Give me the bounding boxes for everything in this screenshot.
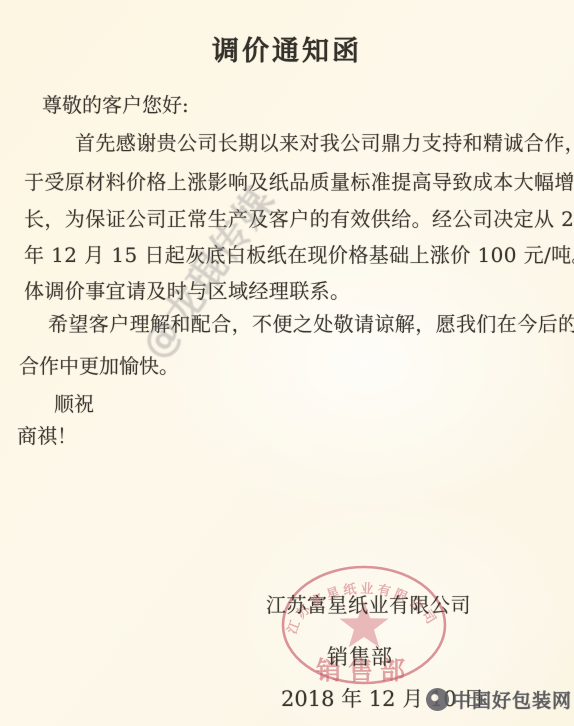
wish-prefix: 顺祝: [54, 388, 94, 417]
site-watermark-text: 中国好包装网: [452, 686, 572, 713]
letter-page: 调价通知函 尊敬的客户您好: 首先感谢贵公司长期以来对我公司鼎力支持和精诚合作，…: [0, 0, 574, 726]
page-title: 调价通知函: [0, 29, 574, 68]
department-name: 销售部: [327, 641, 393, 671]
body-line: 首先感谢贵公司长期以来对我公司鼎力支持和精诚合作，由: [75, 127, 574, 156]
company-seal: 江苏富星纸业有限公司 销售部: [274, 561, 454, 693]
company-name: 江苏富星纸业有限公司: [266, 589, 471, 618]
site-watermark: 中国好包装网: [426, 686, 572, 713]
body-line: 长，为保证公司正常生产及客户的有效供给。经公司决定从 2018: [24, 203, 574, 232]
wish-text: 商祺！: [17, 420, 77, 449]
greeting-text: 尊敬的客户您好:: [42, 89, 189, 118]
site-logo-icon: [426, 688, 449, 711]
body-line: 于受原材料价格上涨影响及纸品质量标准提高导致成本大幅增: [24, 166, 574, 195]
body-line: 年 12 月 15 日起灰底白板纸在现价格基础上涨价 100 元/吨。具: [24, 239, 574, 268]
